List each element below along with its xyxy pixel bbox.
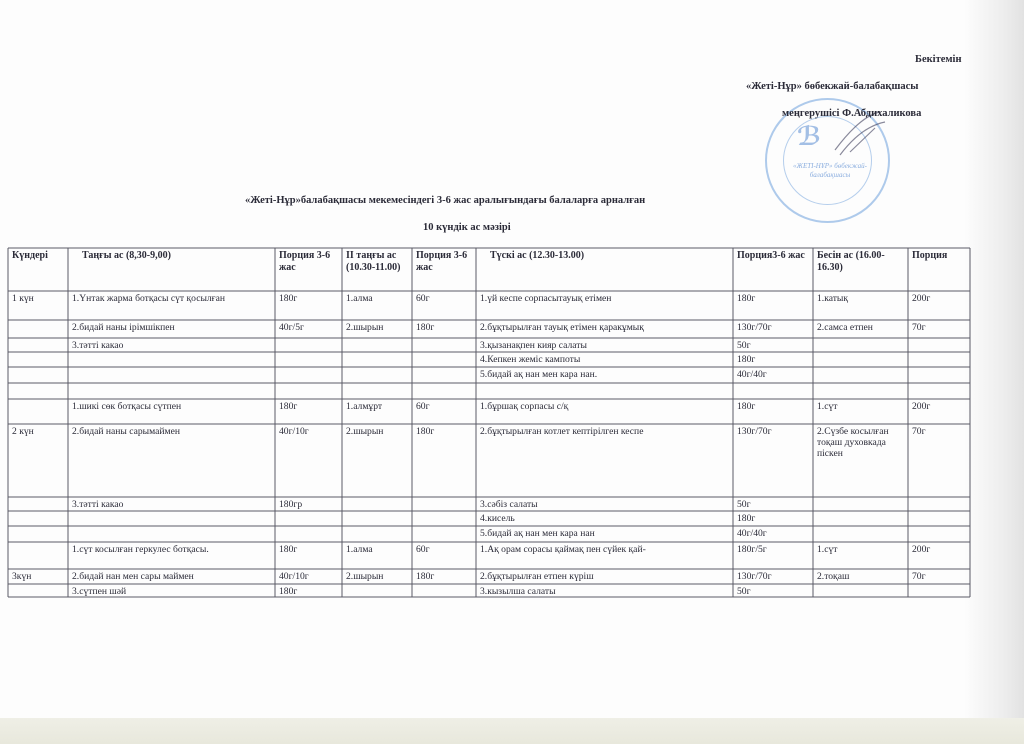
cell-second-breakfast-portion: 60г xyxy=(412,399,476,424)
cell-lunch: 1.бұршақ сорпасы с/қ xyxy=(476,399,733,424)
header-snack-portion: Порция xyxy=(908,248,970,291)
header-lunch-portion: Порция3-6 жас xyxy=(733,248,813,291)
cell-second-breakfast-portion: 60г xyxy=(412,291,476,320)
cell-second-breakfast-portion: 60г xyxy=(412,542,476,569)
cell-breakfast: 3.тәтті какао xyxy=(68,338,275,352)
cell-second-breakfast-portion: 180г xyxy=(412,569,476,584)
cell-snack-portion: 70г xyxy=(908,569,970,584)
cell-breakfast: 3.сүтпен шәй xyxy=(68,584,275,597)
cell-snack: 1.катық xyxy=(813,291,908,320)
cell-second-breakfast: 1.алмұрт xyxy=(342,399,412,424)
cell-lunch: 1.Ақ орам сорасы қаймақ пен сүйек қай- xyxy=(476,542,733,569)
menu-table: КүндеріТаңғы ас (8,30-9,00)Порция 3-6 жа… xyxy=(0,0,1024,744)
cell-lunch-portion: 50г xyxy=(733,497,813,511)
cell-snack-portion: 200г xyxy=(908,291,970,320)
cell-lunch: 2.бұқтырылған етпен күріш xyxy=(476,569,733,584)
header-day: Күндері xyxy=(8,248,68,291)
cell-lunch: 3.кызылша салаты xyxy=(476,584,733,597)
cell-second-breakfast-portion: 180г xyxy=(412,320,476,338)
cell-breakfast: 2.бидай нан мен сары маймен xyxy=(68,569,275,584)
cell-second-breakfast-portion: 180г xyxy=(412,424,476,497)
cell-snack: 1.сүт xyxy=(813,399,908,424)
cell-lunch-portion: 180г xyxy=(733,511,813,526)
cell-lunch-portion: 40г/40г xyxy=(733,367,813,383)
cell-breakfast-portion: 40г/10г xyxy=(275,424,342,497)
cell-lunch-portion: 130г/70г xyxy=(733,569,813,584)
cell-snack-portion: 70г xyxy=(908,320,970,338)
cell-breakfast: 2.бидай наны ірімшікпен xyxy=(68,320,275,338)
cell-second-breakfast: 2.шырын xyxy=(342,569,412,584)
header-snack: Бесін ас (16.00-16.30) xyxy=(813,248,908,291)
cell-lunch: 5.бидай ақ нан мен кара нан. xyxy=(476,367,733,383)
cell-breakfast: 1.шикі сөк ботқасы сүтпен xyxy=(68,399,275,424)
cell-lunch: 2.бұқтырылған тауық етімен қаракұмық xyxy=(476,320,733,338)
cell-second-breakfast: 1.алма xyxy=(342,291,412,320)
cell-breakfast-portion: 180г xyxy=(275,291,342,320)
cell-lunch-portion: 130г/70г xyxy=(733,320,813,338)
cell-second-breakfast: 2.шырын xyxy=(342,424,412,497)
cell-breakfast-portion: 180г xyxy=(275,584,342,597)
cell-day: 1 күн xyxy=(8,291,68,320)
cell-snack: 2.самса етпен xyxy=(813,320,908,338)
cell-lunch: 5.бидай ақ нан мен кара нан xyxy=(476,526,733,542)
cell-lunch-portion: 180г xyxy=(733,399,813,424)
cell-lunch: 3.қызанақпен кияр салаты xyxy=(476,338,733,352)
cell-lunch: 4.Кепкен жеміс кампоты xyxy=(476,352,733,367)
cell-lunch-portion: 130г/70г xyxy=(733,424,813,497)
cell-lunch-portion: 180г xyxy=(733,291,813,320)
cell-breakfast: 1.сүт косылған геркулес ботқасы. xyxy=(68,542,275,569)
cell-snack: 2.Сүзбе косылған тоқаш духовкада піскен xyxy=(813,424,908,497)
cell-lunch-portion: 50г xyxy=(733,338,813,352)
cell-day: 3күн xyxy=(8,569,68,584)
cell-snack: 1.сүт xyxy=(813,542,908,569)
cell-snack-portion: 200г xyxy=(908,399,970,424)
cell-lunch: 3.сәбіз салаты xyxy=(476,497,733,511)
header-breakfast: Таңғы ас (8,30-9,00) xyxy=(68,248,275,291)
cell-snack: 2.тоқаш xyxy=(813,569,908,584)
cell-breakfast: 2.бидай наны сарымаймен xyxy=(68,424,275,497)
header-breakfast-portion: Порция 3-6 жас xyxy=(275,248,342,291)
cell-breakfast-portion: 180гр xyxy=(275,497,342,511)
cell-lunch: 1.үй кеспе сорпасытауық етімен xyxy=(476,291,733,320)
cell-breakfast-portion: 180г xyxy=(275,542,342,569)
cell-breakfast: 3.тәтті какао xyxy=(68,497,275,511)
cell-lunch-portion: 180г xyxy=(733,352,813,367)
cell-lunch: 2.бұқтырылған котлет кептірілген кеспе xyxy=(476,424,733,497)
cell-day: 2 күн xyxy=(8,424,68,497)
cell-second-breakfast: 1.алма xyxy=(342,542,412,569)
header-second-breakfast-portion: Порция 3-6 жас xyxy=(412,248,476,291)
cell-breakfast-portion: 40г/5г xyxy=(275,320,342,338)
cell-lunch-portion: 40г/40г xyxy=(733,526,813,542)
cell-lunch-portion: 50г xyxy=(733,584,813,597)
header-second-breakfast: ІІ таңғы ас (10.30-11.00) xyxy=(342,248,412,291)
cell-lunch-portion: 180г/5г xyxy=(733,542,813,569)
cell-snack-portion: 200г xyxy=(908,542,970,569)
cell-breakfast: 1.Үнтак жарма ботқасы сүт қосылған xyxy=(68,291,275,320)
cell-lunch: 4.кисель xyxy=(476,511,733,526)
cell-breakfast-portion: 40г/10г xyxy=(275,569,342,584)
header-lunch: Түскі ас (12.30-13.00) xyxy=(476,248,733,291)
cell-breakfast-portion: 180г xyxy=(275,399,342,424)
cell-second-breakfast: 2.шырын xyxy=(342,320,412,338)
cell-snack-portion: 70г xyxy=(908,424,970,497)
